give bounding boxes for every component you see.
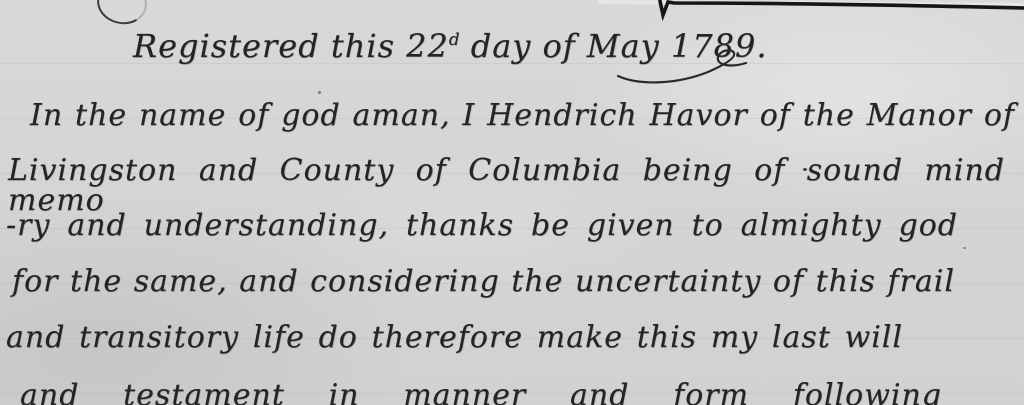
manuscript-line-cutoff: and testament in manner and form followi…: [20, 381, 942, 405]
cutoff-ink-loop: [93, 0, 151, 29]
ink-speck: [318, 91, 321, 94]
manuscript-line: -ry and understanding, thanks be given t…: [6, 211, 958, 241]
ink-speck: [803, 168, 807, 171]
manuscript-page: Registered this 22d day of May 1789. In …: [0, 0, 1024, 405]
ink-flourish: [612, 46, 762, 90]
heading-prefix: Registered this 22: [133, 27, 449, 65]
manuscript-line: Livingston and County of Columbia being …: [8, 156, 1005, 216]
ink-speck: [963, 247, 966, 249]
manuscript-line: In the name of god aman, I Hendrich Havo…: [30, 101, 1015, 131]
heading-superscript: d: [449, 30, 460, 49]
page-edge-rule: [556, 0, 1024, 22]
manuscript-line: for the same, and considering the uncert…: [12, 267, 955, 297]
manuscript-line: and transitory life do therefore make th…: [6, 323, 903, 353]
